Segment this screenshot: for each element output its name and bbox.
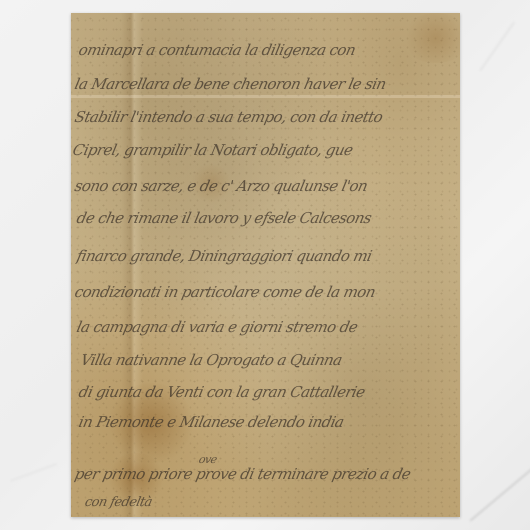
manuscript-line: in Piemonte e Milanese delendo india — [77, 413, 456, 431]
manuscript-line: ominapri a contumacia la diligenza con — [77, 41, 456, 59]
manuscript-line: con fedeltà — [83, 495, 455, 510]
manuscript-line: Ciprel, grampilir la Notari obligato, gu… — [71, 141, 456, 159]
marble-vein — [469, 462, 530, 521]
manuscript-line: la campagna di varia e giorni stremo de — [75, 318, 456, 336]
manuscript-line: di giunta da Venti con la gran Cattaller… — [77, 383, 456, 401]
marble-vein — [479, 21, 515, 71]
handwritten-text: ominapri a contumacia la diligenza con l… — [71, 13, 460, 517]
manuscript-line: Villa nativanne la Oprogato a Quinna — [79, 351, 456, 369]
manuscript-line: finarco grande, Diningraggiori quando mi — [75, 247, 456, 265]
manuscript-line: Stabilir l'intendo a sua tempo, con da i… — [73, 108, 456, 126]
manuscript-line: per primo priore prove di terminare prez… — [73, 465, 456, 483]
manuscript-line: condizionati in particolare come de la m… — [73, 283, 456, 301]
marble-vein — [10, 463, 58, 482]
manuscript-line: la Marcellara de bene chenoron haver le … — [73, 75, 456, 93]
manuscript-line: sono con sarze, e de c' Arzo qualunse l'… — [73, 177, 456, 195]
manuscript-line: de che rimane il lavoro y efsele Calceso… — [75, 209, 456, 227]
parchment-sheet: ominapri a contumacia la diligenza con l… — [71, 13, 460, 517]
